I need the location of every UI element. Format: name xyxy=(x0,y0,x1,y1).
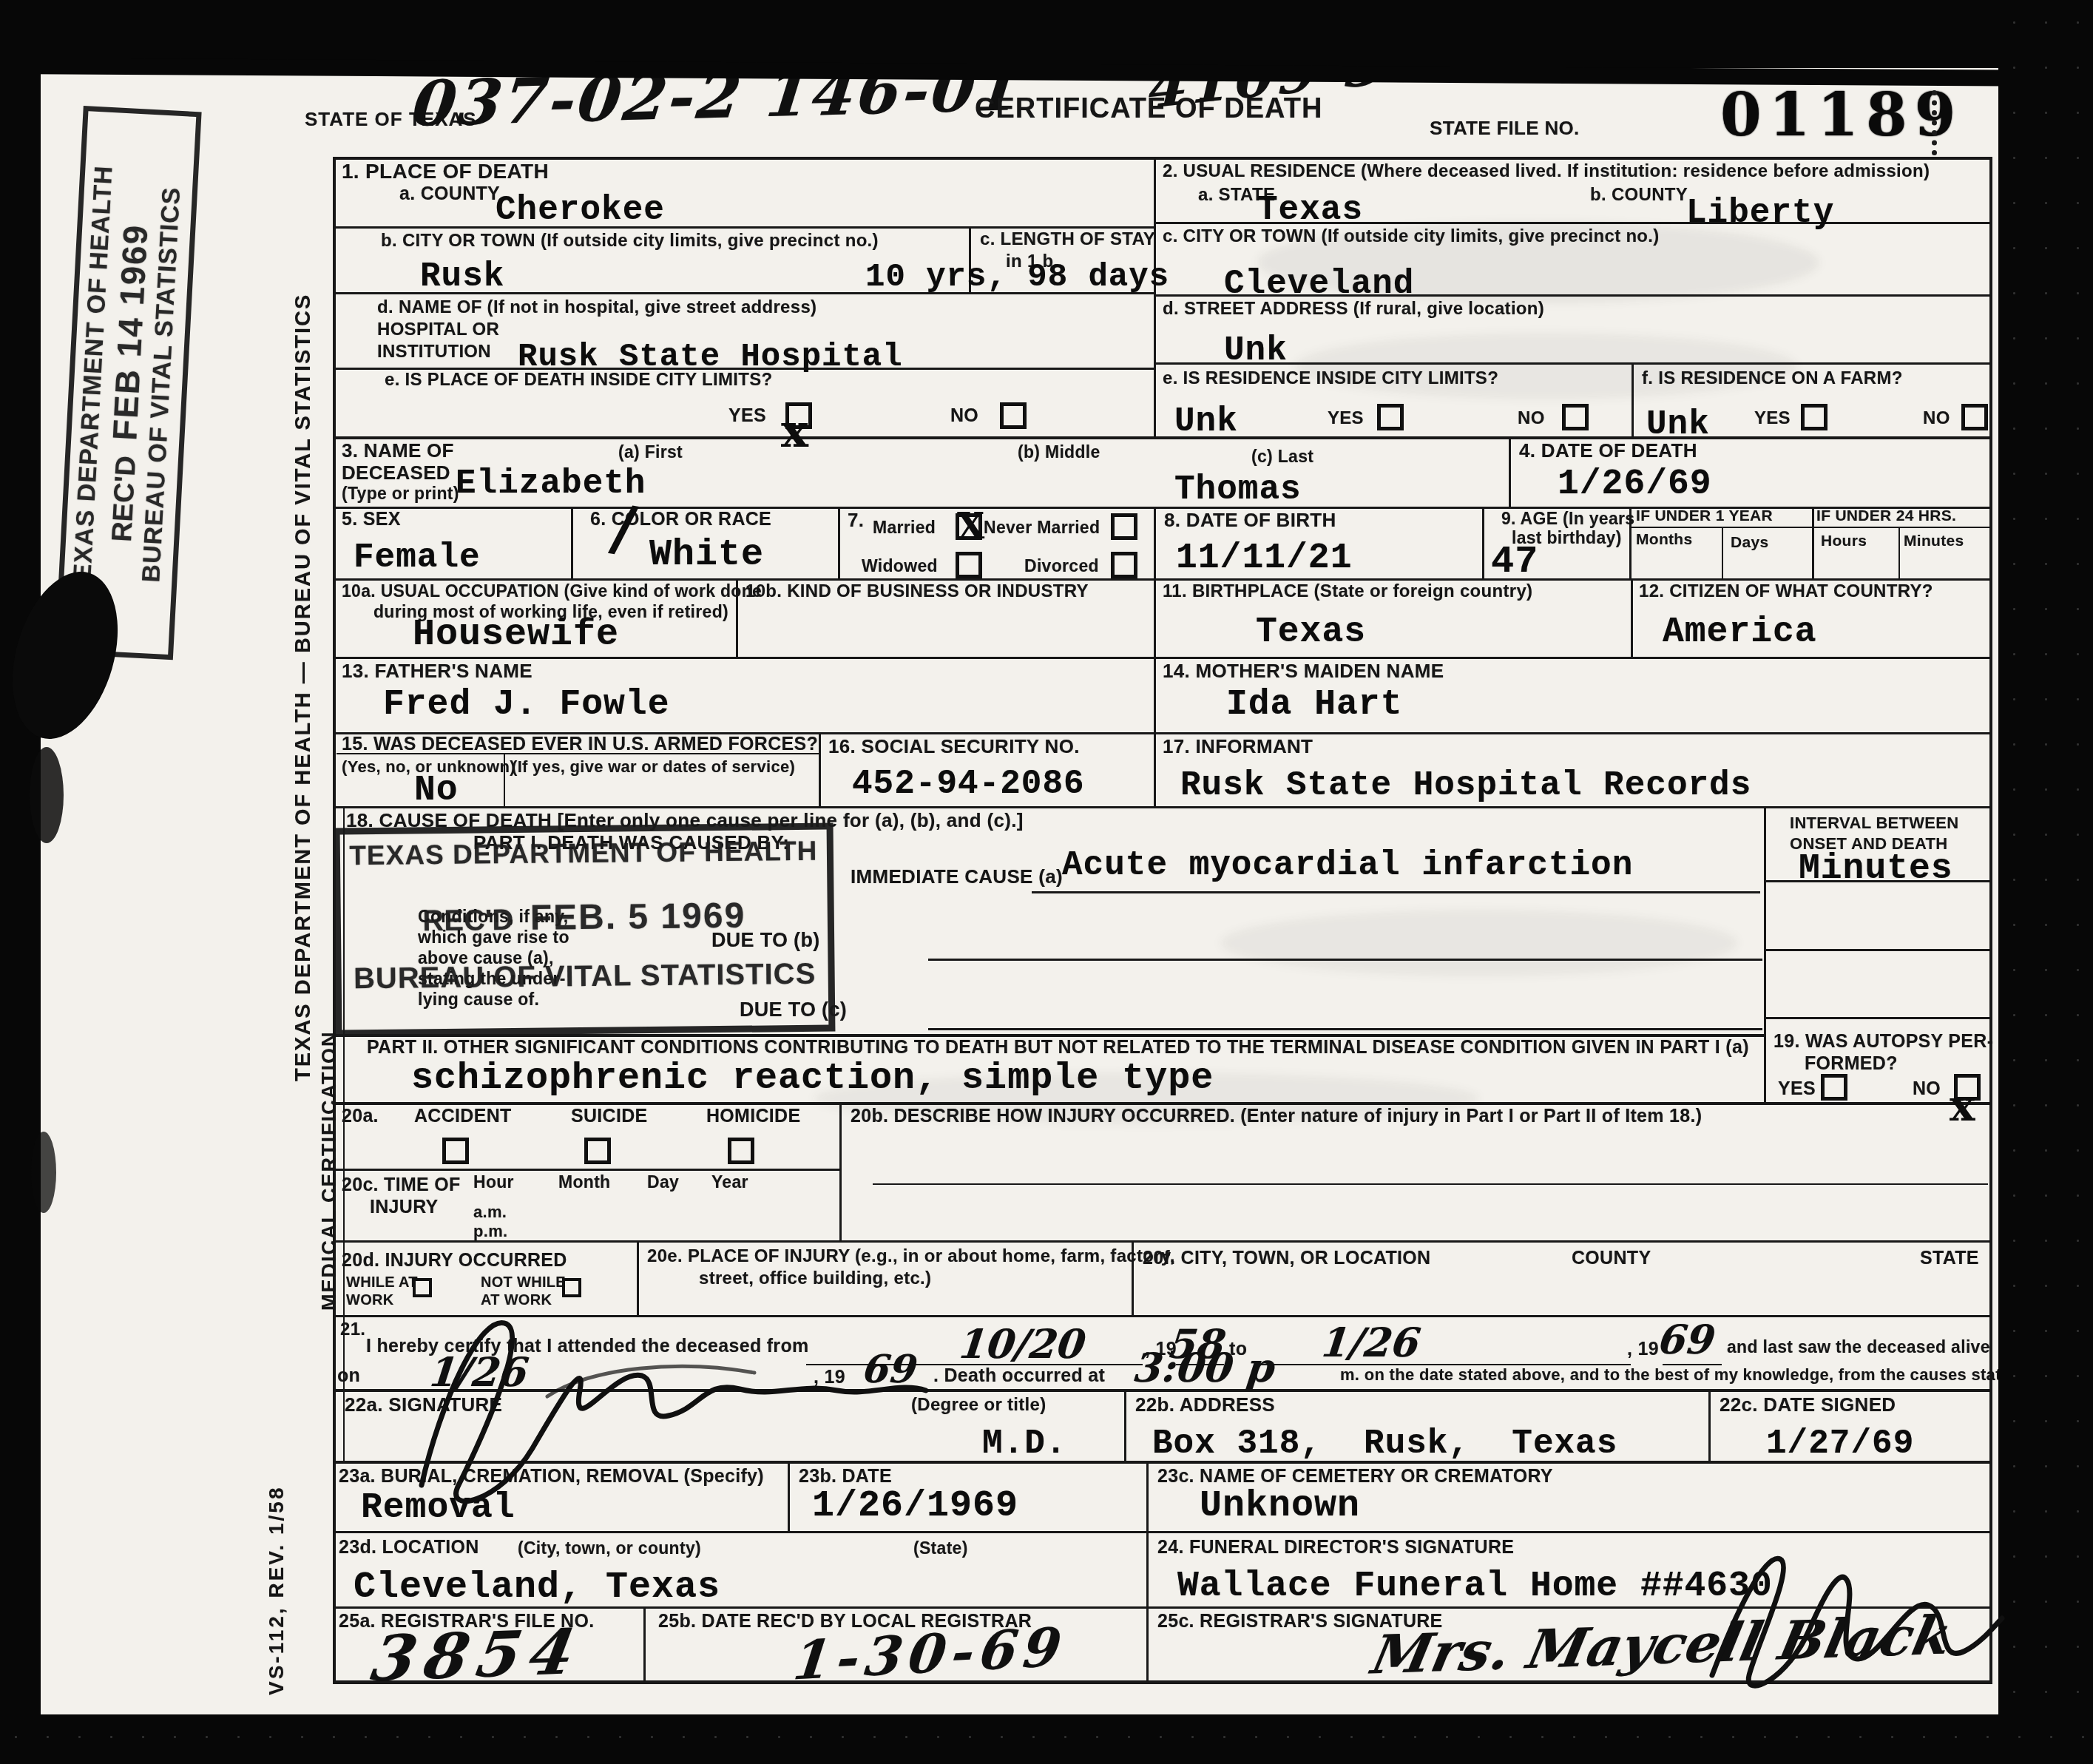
divider-line xyxy=(1146,1461,1149,1680)
stamp-feb5-line2: REC'D FEB. 5 1969 xyxy=(341,895,828,941)
divider-line xyxy=(1708,1389,1711,1461)
autopsy-yes-label: YES xyxy=(1778,1078,1816,1100)
stamp-feb5-line1: TEXAS DEPARTMENT OF HEALTH xyxy=(340,836,827,872)
field-2-label: 2. USUAL RESIDENCE (Where deceased lived… xyxy=(1163,161,1930,182)
field-1-label: 1. PLACE OF DEATH xyxy=(342,160,549,183)
certify-tail-text: m. on the date stated above, and to the … xyxy=(1340,1365,2025,1385)
date-of-birth-value: 11/11/21 xyxy=(1176,538,1352,578)
field-3-label2: DECEASED xyxy=(342,462,450,484)
residence-city-limits-yes-checkbox xyxy=(1377,404,1404,430)
immediate-cause-label: IMMEDIATE CAUSE (a) xyxy=(851,865,1063,888)
on-label: on xyxy=(337,1365,360,1387)
field-1c-label: c. LENGTH OF STAY xyxy=(980,229,1155,250)
physician-address-value: Box 318, Rusk, Texas xyxy=(1152,1425,1617,1463)
bleed-through-smudge xyxy=(1294,333,1797,399)
residence-farm-no-checkbox xyxy=(1961,404,1988,430)
divider-line xyxy=(1812,507,1814,578)
age-value: 47 xyxy=(1491,540,1538,584)
divorced-label: Divorced xyxy=(1024,556,1099,576)
city-of-death-value: Rusk xyxy=(420,257,504,296)
field-1d-label: d. NAME OF (If not in hospital, give str… xyxy=(377,297,816,318)
last-name-label: (c) Last xyxy=(1251,447,1313,467)
field-11-label: 11. BIRTHPLACE (State or foreign country… xyxy=(1163,581,1532,602)
field-19-label2: FORMED? xyxy=(1805,1053,1898,1075)
divider-line xyxy=(839,1102,842,1240)
under-1-year-label: IF UNDER 1 YEAR xyxy=(1636,507,1773,525)
stamp-feb5-line3: BUREAU OF VITAL STATISTICS xyxy=(341,958,828,996)
ink-streak xyxy=(31,1132,56,1213)
widowed-checkbox xyxy=(956,552,982,578)
form-right-border xyxy=(1989,157,1992,1683)
field-19-label1: 19. WAS AUTOPSY PER- xyxy=(1774,1031,1993,1052)
ssn-value: 452-94-2086 xyxy=(852,765,1085,803)
year2-value: 69 xyxy=(1657,1319,1718,1359)
scan-border-bottom xyxy=(0,1714,2093,1764)
field-2e-yes-label: YES xyxy=(1328,408,1364,429)
cause-c-underline xyxy=(928,1028,1762,1030)
divider-line xyxy=(1631,578,1633,657)
field-14-label: 14. MOTHER'S MAIDEN NAME xyxy=(1163,660,1444,683)
field-1e-yes-label: YES xyxy=(728,405,766,427)
field-1d-label2: HOSPITAL OR xyxy=(377,320,499,340)
scan-border-left xyxy=(0,0,41,1764)
county-of-death-value: Cherokee xyxy=(496,191,665,229)
street-address-value: Unk xyxy=(1224,331,1288,370)
year-prefix2: , 19 xyxy=(1627,1339,1659,1360)
accident-label: ACCIDENT xyxy=(414,1106,512,1127)
divider-line xyxy=(571,507,573,578)
divider-line xyxy=(333,578,1992,581)
first-name-label: (a) First xyxy=(618,442,683,462)
residence-city-limits-value: Unk xyxy=(1174,402,1238,441)
physician-signature xyxy=(370,1271,954,1507)
registrar-file-no-value: 3854 xyxy=(368,1621,589,1690)
edge-dotted-marks xyxy=(1932,90,1937,155)
date-signed-value: 1/27/69 xyxy=(1766,1425,1914,1463)
autopsy-no-label: NO xyxy=(1913,1078,1941,1100)
field-8-label: 8. DATE OF BIRTH xyxy=(1164,509,1336,532)
field-1a-label: a. COUNTY xyxy=(399,183,500,205)
received-feb5-stamp: TEXAS DEPARTMENT OF HEALTH REC'D FEB. 5 … xyxy=(334,822,836,1036)
sex-value: Female xyxy=(354,538,481,577)
field-22c-label: 22c. DATE SIGNED xyxy=(1720,1393,1896,1416)
death-occurred-label: . Death occurred at xyxy=(933,1365,1105,1387)
field-15-sub2: (If yes, give war or dates of service) xyxy=(512,757,795,777)
residence-city-limits-no-checkbox xyxy=(1562,404,1589,430)
divider-line xyxy=(333,806,1992,808)
mother-name-value: Ida Hart xyxy=(1226,685,1402,725)
homicide-label: HOMICIDE xyxy=(706,1106,800,1127)
field-23d-sub1: (City, town, or county) xyxy=(518,1538,701,1558)
married-label: Married xyxy=(873,518,936,538)
divider-line xyxy=(333,1169,839,1171)
field-7-label: 7. xyxy=(848,509,864,532)
date-recd-value: 1-30-69 xyxy=(791,1620,1070,1687)
divider-line xyxy=(333,157,1992,160)
divider-line xyxy=(643,1606,646,1680)
field-24-label: 24. FUNERAL DIRECTOR'S SIGNATURE xyxy=(1157,1537,1514,1558)
am-label: a.m. xyxy=(473,1203,507,1222)
field-4-label: 4. DATE OF DEATH xyxy=(1519,439,1697,462)
divider-line xyxy=(819,732,821,806)
married-mark: X xyxy=(957,509,984,544)
field-20c-label2: INJURY xyxy=(370,1197,439,1218)
divider-line xyxy=(333,226,1154,229)
ink-streak xyxy=(30,747,64,843)
divider-line xyxy=(333,1240,1992,1243)
alive-text: and last saw the deceased alive xyxy=(1727,1337,1990,1357)
field-5-label: 5. SEX xyxy=(342,509,401,530)
hour-label: Hour xyxy=(473,1172,514,1192)
bleed-through-smudge xyxy=(1257,222,1819,303)
autopsy-yes-checkbox xyxy=(1821,1074,1847,1101)
field-10b-label: 10b. KIND OF BUSINESS OR INDUSTRY xyxy=(745,581,1089,602)
month-label: Month xyxy=(558,1172,610,1192)
minutes-label: Minutes xyxy=(1904,533,1964,550)
autopsy-no-mark: x xyxy=(1950,1084,1975,1127)
field-22b-label: 22b. ADDRESS xyxy=(1135,1393,1275,1416)
interval-value: Minutes xyxy=(1799,849,1953,889)
divider-line xyxy=(333,657,1992,659)
interval-label1: INTERVAL BETWEEN xyxy=(1790,814,1958,833)
months-label: Months xyxy=(1636,531,1692,549)
field-23d-sub2: (State) xyxy=(913,1538,968,1558)
scanned-death-certificate: STATE OF TEXAS 037-02-2 146-01 CERTIFICA… xyxy=(0,0,2093,1764)
field-1e-label: e. IS PLACE OF DEATH INSIDE CITY LIMITS? xyxy=(385,370,772,391)
field-13-label: 13. FATHER'S NAME xyxy=(342,660,532,683)
county-header-label: COUNTY xyxy=(1572,1248,1651,1269)
stamp-feb5-date: FEB. 5 1969 xyxy=(530,896,745,938)
field-23c-label: 23c. NAME OF CEMETERY OR CREMATORY xyxy=(1157,1466,1553,1487)
field-2b-label: b. COUNTY xyxy=(1590,185,1688,206)
residence-farm-value: Unk xyxy=(1646,405,1710,444)
degree-value: M.D. xyxy=(982,1425,1066,1463)
divider-line xyxy=(1154,157,1156,436)
day-label: Day xyxy=(647,1172,679,1192)
suicide-label: SUICIDE xyxy=(571,1106,648,1127)
field-17-label: 17. INFORMANT xyxy=(1163,735,1313,758)
place-death-yes-mark: x xyxy=(781,408,808,454)
injury-blank-line xyxy=(873,1183,1988,1185)
divorced-checkbox xyxy=(1111,552,1137,578)
father-name-value: Fred J. Fowle xyxy=(383,685,669,725)
field-23d-label: 23d. LOCATION xyxy=(339,1537,479,1558)
field-1d-label3: INSTITUTION xyxy=(377,342,491,362)
field-3-label1: 3. NAME OF xyxy=(342,439,454,462)
divider-line xyxy=(1764,1017,1989,1019)
burial-location-value: Cleveland, Texas xyxy=(354,1567,720,1609)
part2-label: PART II. OTHER SIGNIFICANT CONDITIONS CO… xyxy=(367,1037,1749,1058)
field-16-label: 16. SOCIAL SECURITY NO. xyxy=(828,735,1080,758)
stamp-feb14-recd: REC'D xyxy=(106,455,142,543)
date-of-death-value: 1/26/69 xyxy=(1558,464,1712,504)
divider-line xyxy=(1154,507,1156,806)
residence-county-value: Liberty xyxy=(1686,194,1834,232)
field-1b-label: b. CITY OR TOWN (If outside city limits,… xyxy=(381,231,879,251)
attended-from-value: 10/20 xyxy=(958,1324,1089,1364)
field-2f-yes-label: YES xyxy=(1754,408,1791,429)
field-10a-label1: 10a. USUAL OCCUPATION (Give kind of work… xyxy=(342,581,762,601)
certificate-number-stamp: 01189 xyxy=(1720,80,1963,149)
middle-name-label: (b) Middle xyxy=(1018,442,1100,462)
field-15-label: 15. WAS DECEASED EVER IN U.S. ARMED FORC… xyxy=(342,734,818,755)
state-header-label: STATE xyxy=(1920,1248,1979,1269)
cause-a-underline xyxy=(1032,891,1760,893)
field-20f-label: 20f. CITY, TOWN, OR LOCATION xyxy=(1143,1248,1430,1269)
divider-line xyxy=(333,436,1992,439)
divider-line xyxy=(1509,436,1511,507)
divider-line xyxy=(1898,527,1900,578)
armed-forces-value: No xyxy=(414,771,459,811)
last-name-value: Thomas xyxy=(1174,470,1302,509)
residence-farm-yes-checkbox xyxy=(1801,404,1827,430)
form-number-vertical-text: VS-112, REV. 1/58 xyxy=(265,1486,288,1695)
field-9-label1: 9. AGE (In years xyxy=(1501,509,1634,529)
cemetery-value: Unknown xyxy=(1200,1485,1360,1527)
place-death-no-checkbox xyxy=(1000,402,1027,429)
scan-border-right xyxy=(1998,0,2093,1764)
divider-line xyxy=(1124,1389,1126,1461)
field-21-label: 21. xyxy=(340,1319,365,1340)
funeral-director-signature xyxy=(1668,1509,2008,1694)
time-of-death-value: 3:00 p xyxy=(1133,1348,1278,1388)
homicide-checkbox xyxy=(728,1138,754,1164)
state-file-no-label: STATE FILE NO. xyxy=(1430,117,1580,140)
divider-line xyxy=(838,507,840,578)
divider-line xyxy=(1766,949,1989,951)
never-married-checkbox xyxy=(1111,513,1137,540)
field-1e-no-label: NO xyxy=(950,405,978,427)
field-2e-no-label: NO xyxy=(1518,408,1545,429)
informant-value: Rusk State Hospital Records xyxy=(1180,766,1751,805)
citizen-value: America xyxy=(1663,612,1817,652)
suicide-checkbox xyxy=(584,1138,611,1164)
accident-checkbox xyxy=(442,1138,469,1164)
field-2f-no-label: NO xyxy=(1923,408,1950,429)
birthplace-value: Texas xyxy=(1256,612,1366,652)
divider-line xyxy=(1482,507,1484,578)
field-20e-label1: 20e. PLACE OF INJURY (e.g., in or about … xyxy=(647,1246,1175,1267)
divider-line xyxy=(1764,806,1766,1102)
divider-line xyxy=(1629,527,1991,528)
days-label: Days xyxy=(1731,534,1768,552)
under-24-hrs-label: IF UNDER 24 HRS. xyxy=(1816,507,1956,525)
field-20a-label: 20a. xyxy=(342,1106,379,1127)
residence-state-value: Texas xyxy=(1257,191,1363,229)
immediate-cause-value: Acute myocardial infarction xyxy=(1062,846,1633,885)
length-of-stay-value: 10 yrs, 98 days xyxy=(865,259,1169,296)
race-value: White xyxy=(649,534,764,576)
year-label: Year xyxy=(711,1172,748,1192)
stamp-feb5-recd: REC'D xyxy=(422,904,513,937)
divider-line xyxy=(1722,527,1723,578)
never-married-label: Never Married xyxy=(984,518,1100,538)
scan-border-top xyxy=(0,0,2093,68)
field-20d-label: 20d. INJURY OCCURRED xyxy=(342,1250,567,1271)
left-margin-vertical-text: TEXAS DEPARTMENT OF HEALTH — BUREAU OF V… xyxy=(291,294,316,1081)
widowed-label: Widowed xyxy=(862,556,938,576)
attended-to-value: 1/26 xyxy=(1320,1322,1423,1362)
hours-label: Hours xyxy=(1821,533,1867,550)
field-12-label: 12. CITIZEN OF WHAT COUNTRY? xyxy=(1639,581,1933,602)
field-20c-label1: 20c. TIME OF xyxy=(342,1175,461,1196)
field-3-label3: (Type or print) xyxy=(342,484,459,504)
medical-certification-vertical-text: MEDICAL CERTIFICATION xyxy=(318,1031,341,1311)
pm-label: p.m. xyxy=(473,1222,507,1241)
bleed-through-smudge xyxy=(1220,910,1738,976)
occupation-value: Housewife xyxy=(413,614,619,656)
bleed-through-smudge xyxy=(814,1072,1479,1124)
